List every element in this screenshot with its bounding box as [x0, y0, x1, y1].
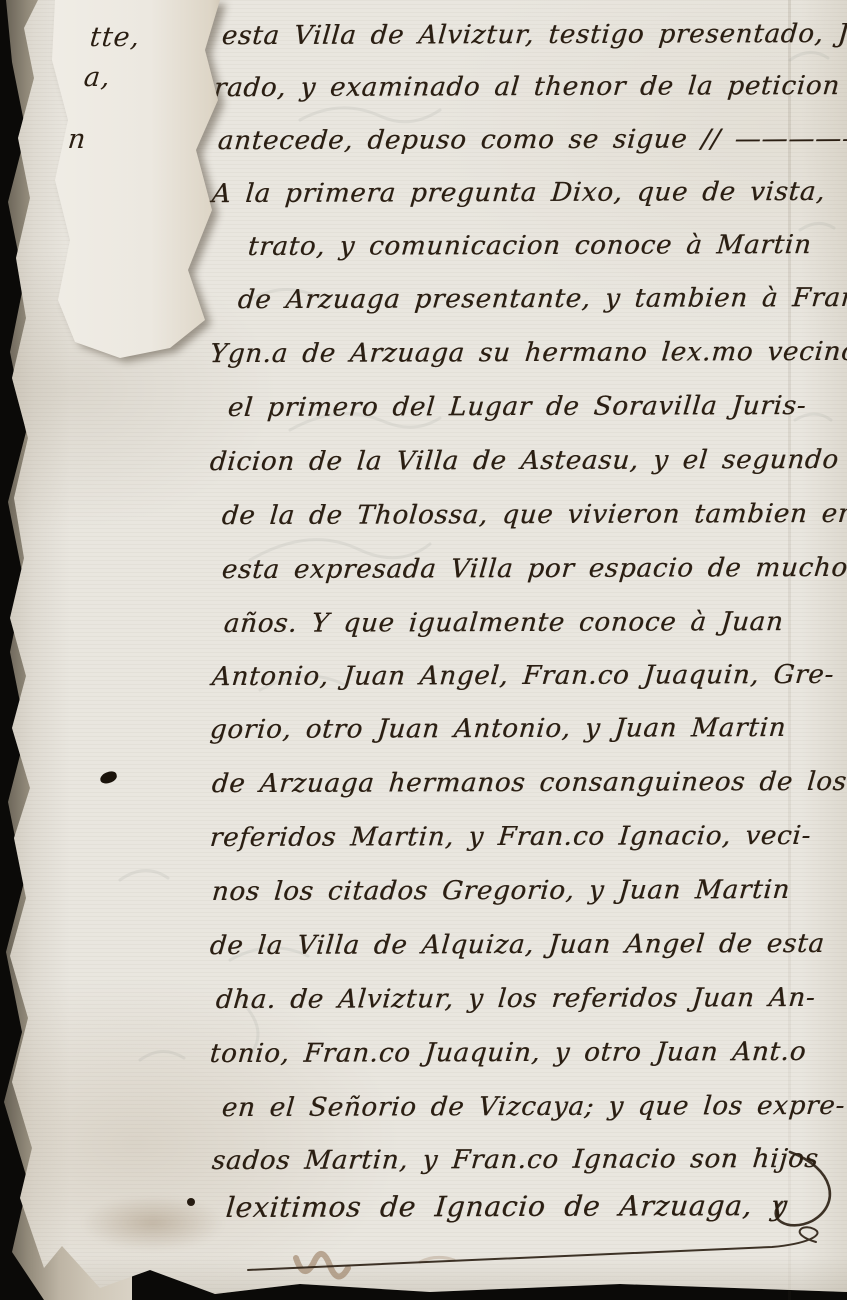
manuscript-line: de la de Tholossa, que vivieron tambien …	[221, 499, 847, 531]
manuscript-scan-page: 1.a preg...... esta Villa de Alviztur, t…	[0, 0, 847, 1300]
manuscript-line: tonio, Fran.co Juaquin, y otro Juan Ant.…	[209, 1037, 808, 1069]
manuscript-line: el primero del Lugar de Soravilla Juris-	[227, 391, 808, 423]
brown-smudge	[58, 1186, 248, 1260]
manuscript-line: en el Señorio de Vizcaya; y que los expr…	[221, 1091, 847, 1123]
manuscript-line: trato, y comunicacion conoce à Martin	[247, 230, 813, 262]
manuscript-line: dha. de Alviztur, y los referidos Juan A…	[215, 983, 817, 1015]
manuscript-line: dicion de la Villa de Asteasu, y el segu…	[209, 445, 840, 477]
manuscript-line: antecede, depuso como se sigue // ——————	[217, 124, 847, 156]
fragment-text: a,	[82, 62, 112, 93]
manuscript-line: gorio, otro Juan Antonio, y Juan Martin	[209, 713, 788, 745]
manuscript-line: A la primera pregunta Dixo, que de vista…	[211, 177, 827, 209]
manuscript-line: de la Villa de Alquiza, Juan Angel de es…	[209, 929, 826, 961]
manuscript-line: esta expresada Villa por espacio de much…	[221, 553, 847, 585]
fragment-text: tte,	[88, 22, 142, 53]
manuscript-line: de Arzuaga hermanos consanguineos de los	[211, 767, 847, 799]
fragment-paper	[40, 0, 230, 370]
manuscript-line: Ygn.a de Arzuaga su hermano lex.mo vecin…	[209, 337, 847, 369]
manuscript-line: esta Villa de Alviztur, testigo presenta…	[221, 19, 847, 51]
manuscript-line: Antonio, Juan Angel, Fran.co Juaquin, Gr…	[211, 660, 836, 692]
manuscript-line: rado, y examinado al thenor de la petici…	[213, 71, 847, 103]
manuscript-line: referidos Martin, y Fran.co Ignacio, vec…	[209, 821, 813, 853]
manuscript-line: de Arzuaga presentante, y tambien à Fran…	[237, 283, 847, 315]
fragment-text: n	[66, 124, 88, 155]
torn-page-fragment: tte, a, n	[40, 0, 230, 370]
manuscript-line: nos los citados Gregorio, y Juan Martin	[211, 875, 792, 907]
manuscript-line: años. Y que igualmente conoce à Juan	[223, 607, 785, 639]
manuscript-line: lexitimos de Ignacio de Arzuaga, y	[225, 1189, 790, 1224]
manuscript-line: sados Martin, y Fran.co Ignacio son hijo…	[211, 1144, 820, 1176]
